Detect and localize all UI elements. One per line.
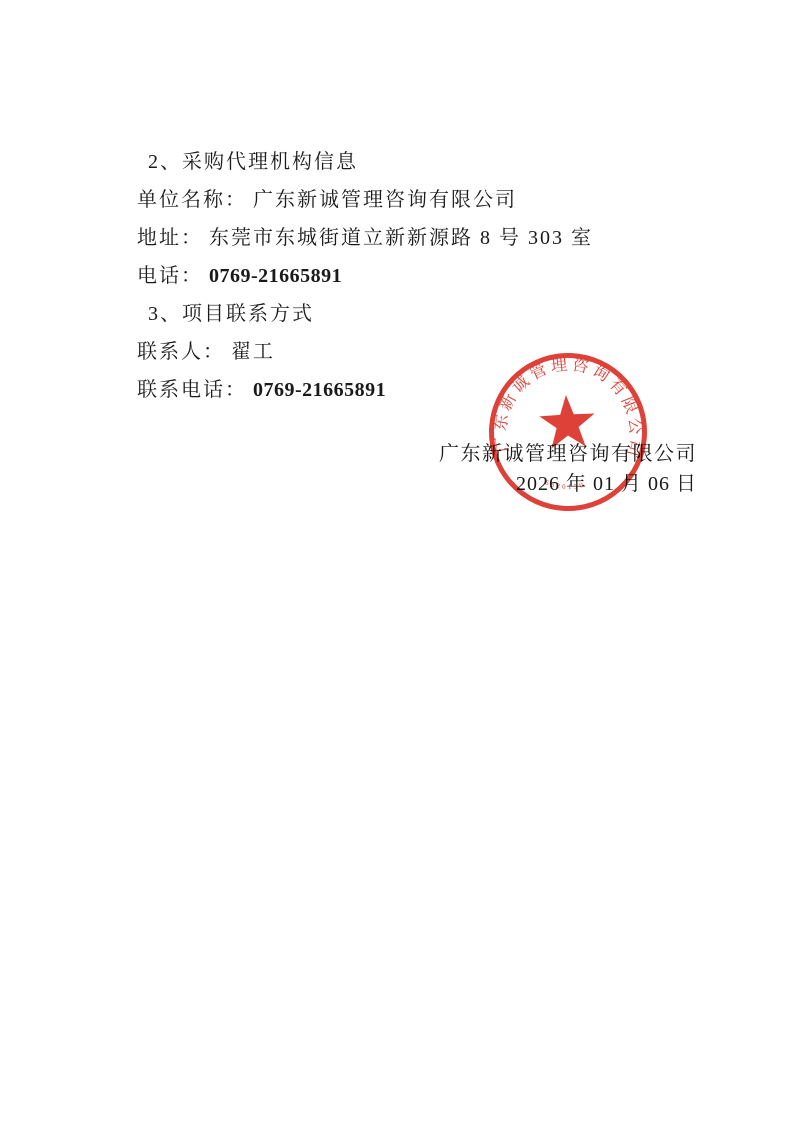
field-label: 联系电话： — [137, 379, 247, 401]
field-label: 电话： — [137, 265, 203, 287]
section-heading-agency-info: 2、采购代理机构信息 — [148, 148, 364, 176]
heading-text: 3、项目联系方式 — [148, 303, 314, 325]
heading-text: 2、采购代理机构信息 — [148, 151, 358, 173]
contact-person-line: 联系人：翟工 — [137, 338, 275, 366]
field-value: 东莞市东城街道立新新源路 8 号 303 室 — [209, 227, 593, 249]
field-value: 0769-21665891 — [253, 379, 386, 401]
agency-address-line: 地址：东莞市东城街道立新新源路 8 号 303 室 — [137, 224, 593, 252]
contact-phone-line: 联系电话：0769-21665891 — [137, 376, 386, 404]
agency-name-line: 单位名称：广东新诚管理咨询有限公司 — [137, 186, 517, 214]
document-page: 2、采购代理机构信息 单位名称：广东新诚管理咨询有限公司 地址：东莞市东城街道立… — [0, 0, 793, 1122]
field-label: 联系人： — [137, 341, 225, 363]
signature-date: 2026 年 01 月 06 日 — [516, 470, 697, 498]
field-value: 广东新诚管理咨询有限公司 — [253, 189, 517, 211]
field-label: 单位名称： — [137, 189, 247, 211]
field-value: 翟工 — [231, 341, 275, 363]
section-heading-project-contact: 3、项目联系方式 — [148, 300, 320, 328]
field-label: 地址： — [137, 227, 203, 249]
agency-phone-line: 电话：0769-21665891 — [137, 262, 342, 290]
field-value: 0769-21665891 — [209, 265, 342, 287]
signature-company-name: 广东新诚管理咨询有限公司 — [439, 440, 697, 468]
